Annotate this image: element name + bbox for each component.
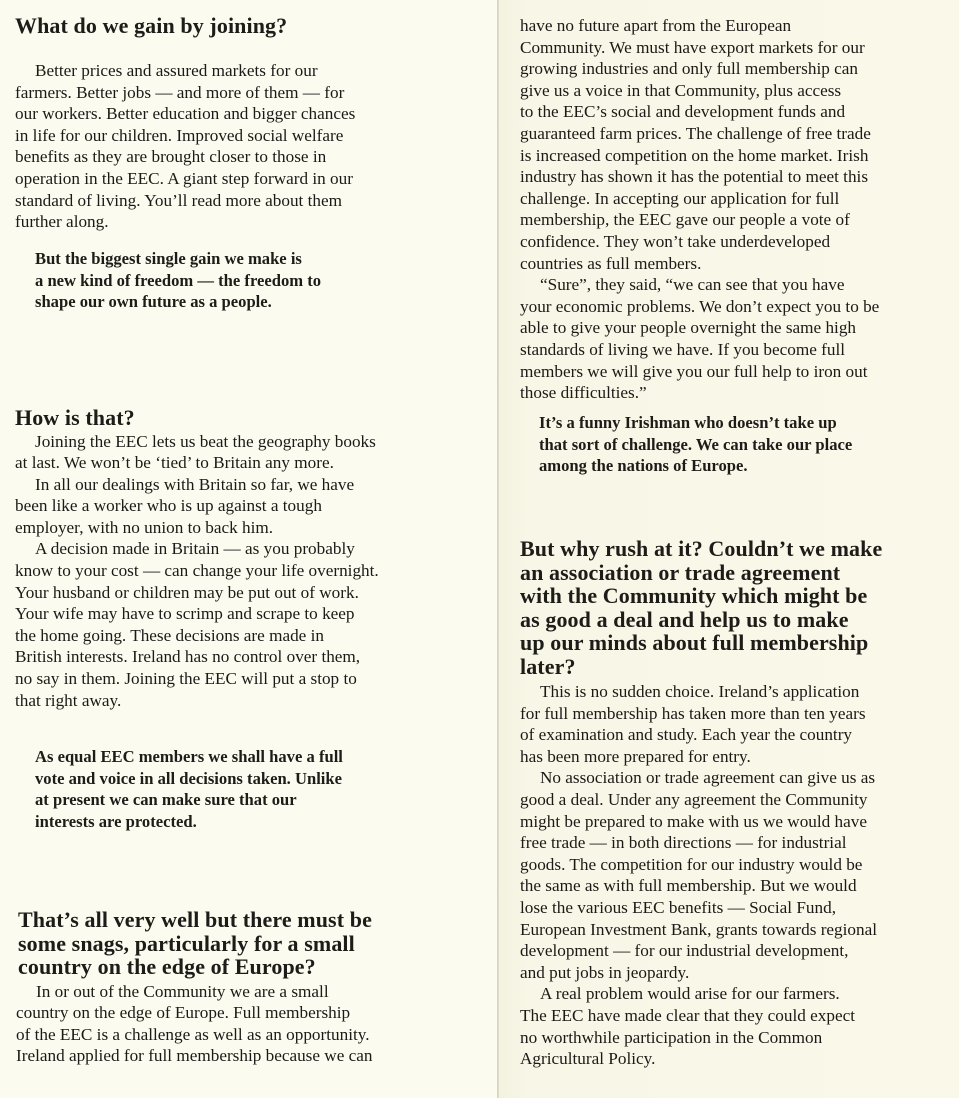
body-paragraph: This is no sudden choice. Ireland’s appl…	[520, 681, 955, 767]
section-snags: That’s all very well but there must be s…	[18, 908, 488, 1067]
section-heading: But why rush at it? Couldn’t we make an …	[520, 537, 955, 678]
body-paragraph: Joining the EEC lets us beat the geograp…	[15, 431, 485, 474]
body-paragraph: Better prices and assured markets for ou…	[15, 60, 485, 233]
body-paragraph: A real problem would arise for our farme…	[520, 983, 955, 1069]
callout-equal-members: As equal EEC members we shall have a ful…	[35, 746, 475, 832]
section-why-rush: But why rush at it? Couldn’t we make an …	[520, 537, 955, 1070]
section-gain-body: Better prices and assured markets for ou…	[15, 60, 485, 233]
page-fold-divider	[497, 0, 499, 1098]
body-paragraph: No association or trade agreement can gi…	[520, 767, 955, 983]
callout-text: It’s a funny Irishman who doesn’t take u…	[539, 412, 959, 477]
section-how-is-that: How is that? Joining the EEC lets us bea…	[15, 406, 485, 711]
callout-biggest-gain: But the biggest single gain we make is a…	[35, 248, 475, 313]
section-heading: What do we gain by joining?	[15, 14, 485, 38]
section-heading: That’s all very well but there must be s…	[18, 908, 488, 979]
body-paragraph-quote: “Sure”, they said, “we can see that you …	[520, 274, 950, 404]
body-paragraph: have no future apart from the European C…	[520, 15, 950, 274]
body-paragraph: In or out of the Community we are a smal…	[16, 981, 488, 1067]
callout-text: As equal EEC members we shall have a ful…	[35, 746, 475, 832]
callout-text: But the biggest single gain we make is a…	[35, 248, 475, 313]
section-gain-by-joining: What do we gain by joining?	[15, 14, 485, 38]
section-continuation: have no future apart from the European C…	[520, 15, 950, 404]
body-paragraph: In all our dealings with Britain so far,…	[15, 474, 485, 539]
callout-funny-irishman: It’s a funny Irishman who doesn’t take u…	[539, 412, 959, 477]
body-paragraph: A decision made in Britain — as you prob…	[15, 538, 485, 711]
section-heading: How is that?	[15, 406, 485, 430]
